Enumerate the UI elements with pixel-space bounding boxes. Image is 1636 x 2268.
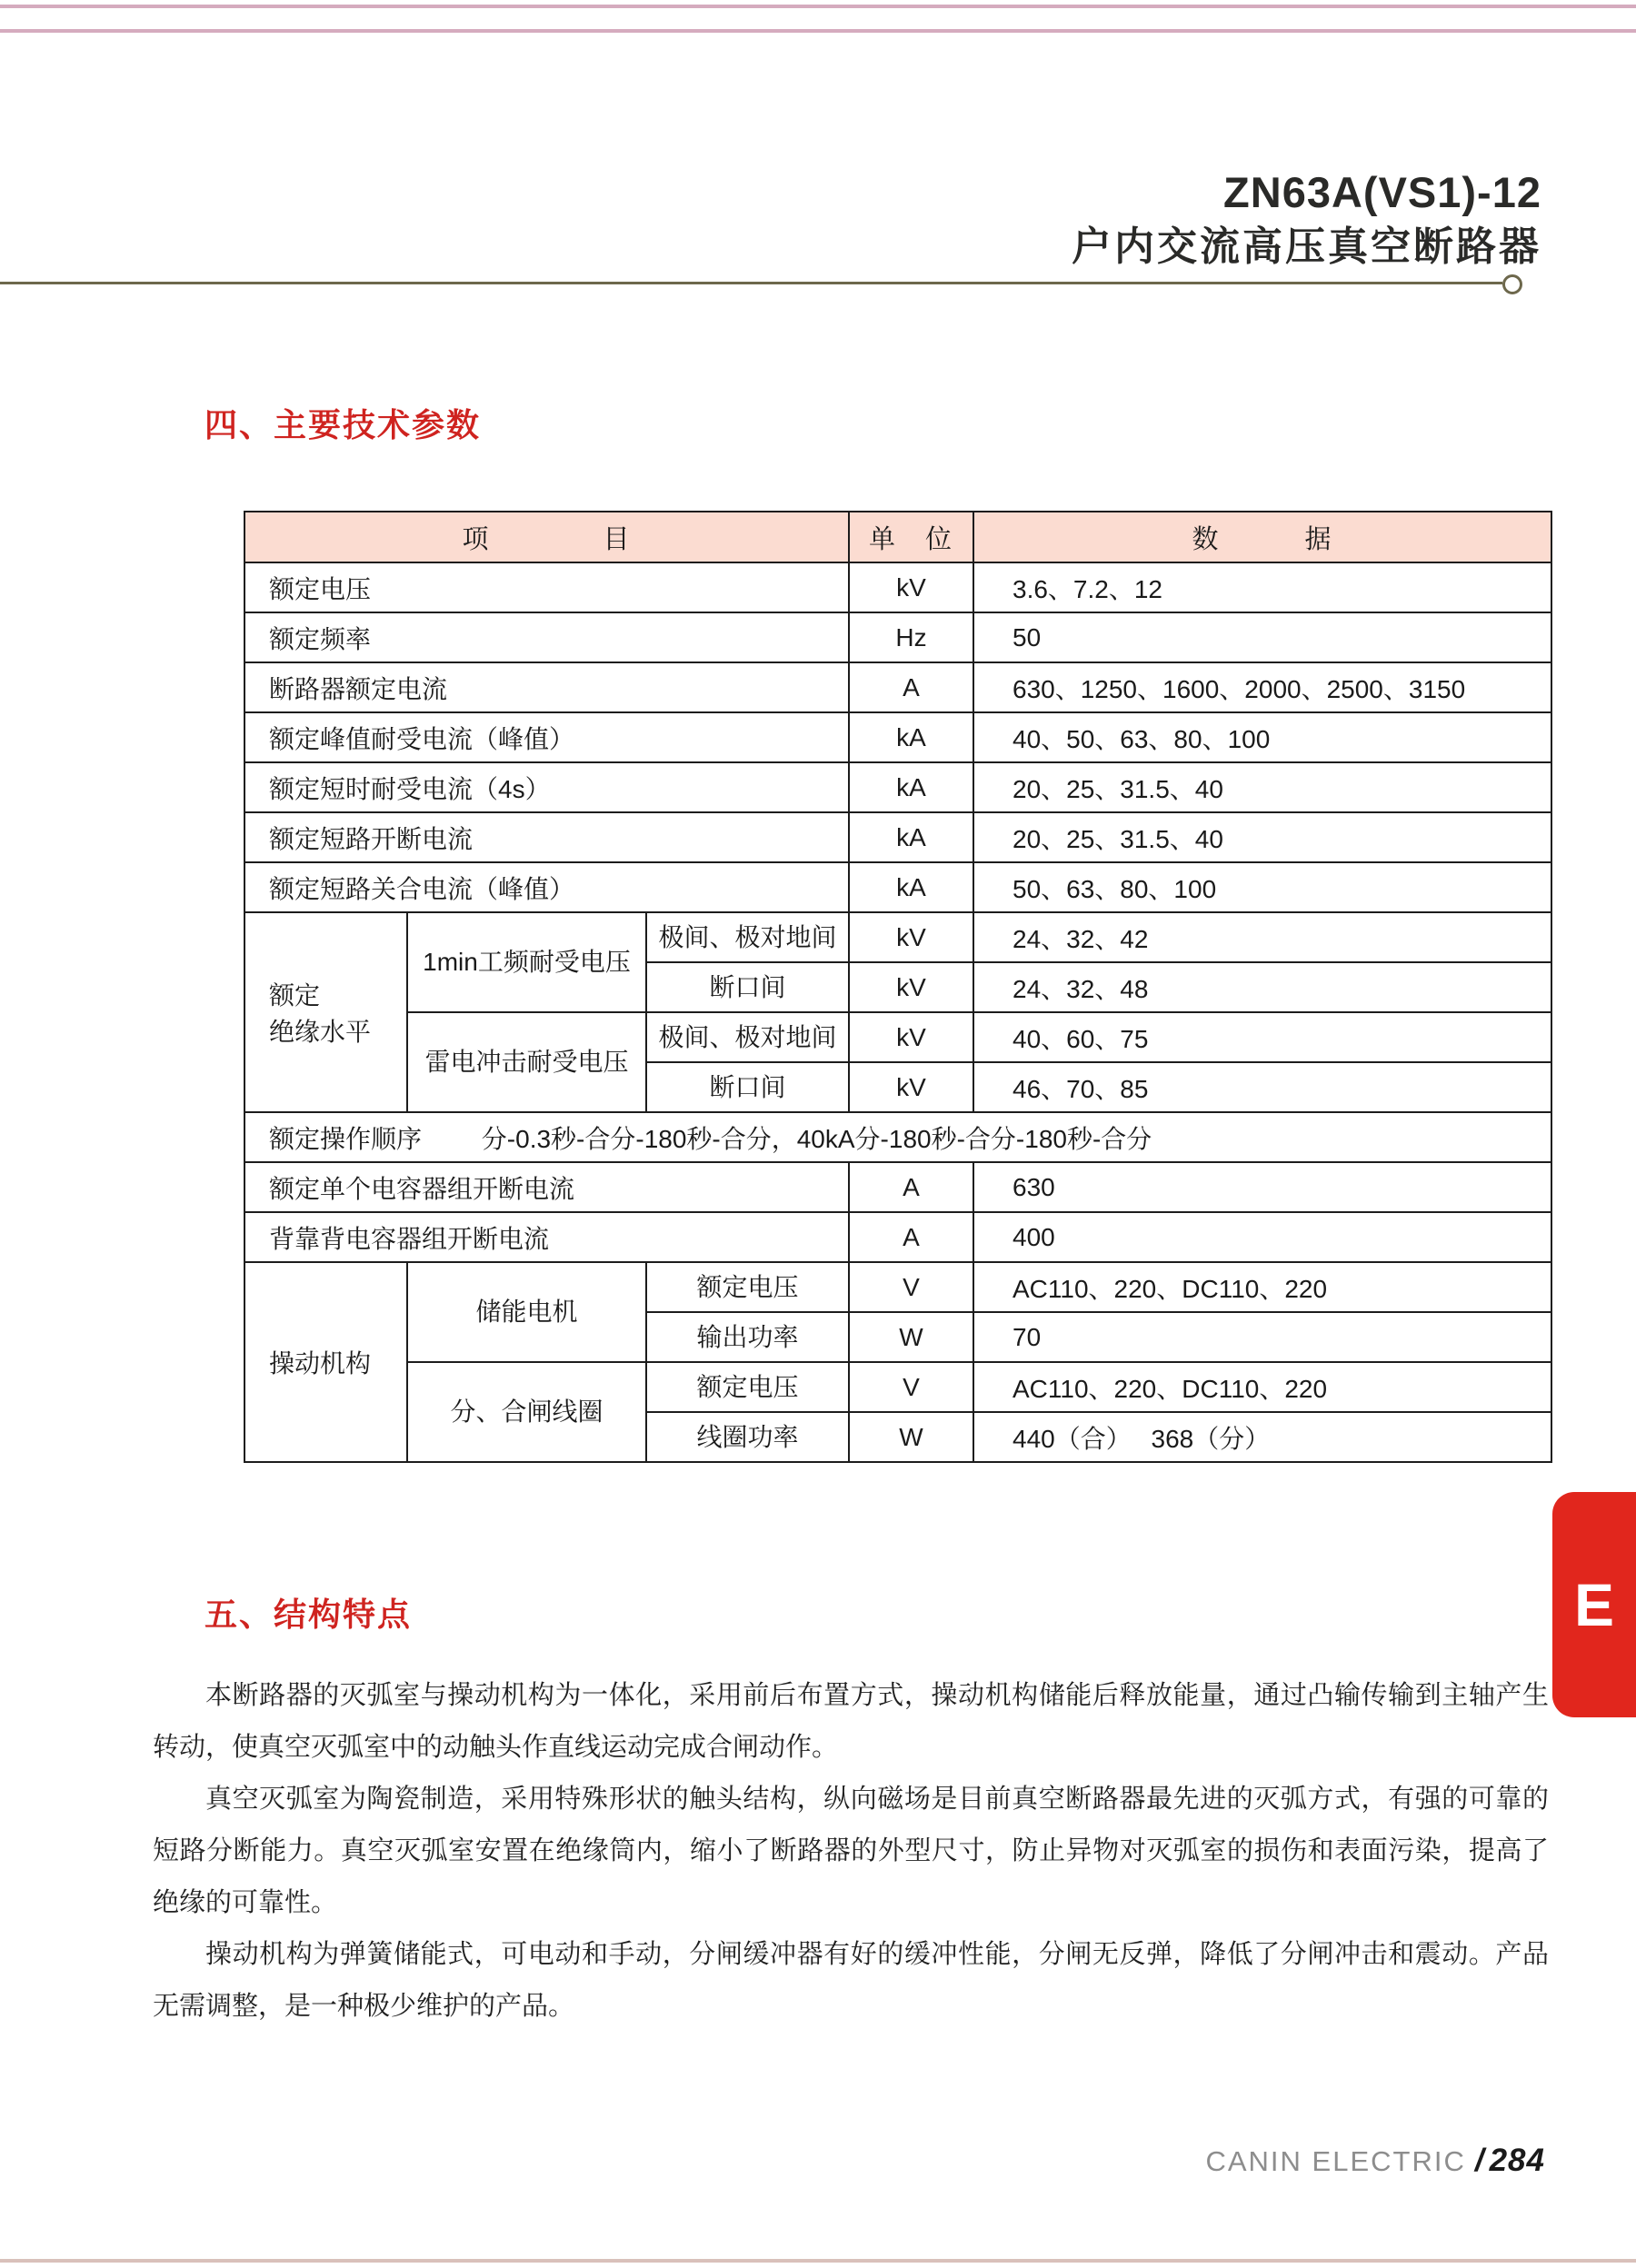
cell-data: 3.6、7.2、12 [973,562,1551,612]
cell-unit: W [849,1312,973,1362]
cell-unit: A [849,1162,973,1212]
cell-item: 额定单个电容器组开断电流 [244,1162,849,1212]
page-number: 284 [1490,2143,1545,2178]
cell-param: 额定电压 [646,1262,849,1312]
cell-item: 额定电压 [244,562,849,612]
col-header-item: 项 目 [244,512,849,562]
cell-data: 20、25、31.5、40 [973,762,1551,812]
cell-unit: kV [849,1012,973,1062]
insulation-group-line2: 绝缘水平 [269,1018,371,1046]
cell-subgroup-trip-close-coil: 分、合闸线圈 [407,1362,646,1462]
cell-unit: kV [849,1062,973,1112]
cell-item: 额定短路开断电流 [244,812,849,862]
cell-unit: kA [849,862,973,912]
cell-item: 背靠背电容器组开断电流 [244,1212,849,1262]
top-rule-1 [0,5,1636,8]
cell-scope: 断口间 [646,962,849,1012]
section-index-tab: E [1552,1492,1636,1717]
cell-item: 额定短路关合电流（峰值） [244,862,849,912]
paragraph-3: 操动机构为弹簧储能式，可电动和手动，分闸缓冲器有好的缓冲性能，分闸无反弹，降低了… [153,1929,1549,2033]
cell-data: 50 [973,612,1551,662]
cell-item: 额定峰值耐受电流（峰值） [244,712,849,762]
technical-parameters-table: 项 目 单 位 数 据 额定电压 kV 3.6、7.2、12 额定频率 Hz 5… [244,511,1552,1463]
cell-unit: kV [849,912,973,962]
table-row: 额定 绝缘水平 1min工频耐受电压 极间、极对地间 kV 24、32、42 [244,912,1551,962]
operating-sequence-label: 额定操作顺序 [269,1125,422,1153]
page-footer: CANIN ELECTRIC/284 [1205,2143,1545,2179]
table-row: 分、合闸线圈 额定电压 V AC110、220、DC110、220 [244,1362,1551,1412]
cell-unit: W [849,1412,973,1462]
section-index-letter: E [1574,1575,1614,1635]
cell-data: AC110、220、DC110、220 [973,1362,1551,1412]
cell-unit: Hz [849,612,973,662]
cell-group-mechanism: 操动机构 [244,1262,407,1462]
col-header-data: 数 据 [973,512,1551,562]
paragraph-2: 真空灭弧室为陶瓷制造，采用特殊形状的触头结构，纵向磁场是目前真空断路器最先进的灭… [153,1774,1549,1929]
table-row: 额定短路关合电流（峰值） kA 50、63、80、100 [244,862,1551,912]
structural-features-text: 本断路器的灭弧室与操动机构为一体化，采用前后布置方式，操动机构储能后释放能量，通… [153,1670,1549,2033]
paragraph-1: 本断路器的灭弧室与操动机构为一体化，采用前后布置方式，操动机构储能后释放能量，通… [153,1670,1549,1774]
table-row: 额定峰值耐受电流（峰值） kA 40、50、63、80、100 [244,712,1551,762]
table-row: 额定频率 Hz 50 [244,612,1551,662]
cell-subgroup-power-frequency: 1min工频耐受电压 [407,912,646,1012]
cell-operating-sequence: 额定操作顺序 分-0.3秒-合分-180秒-合分，40kA分-180秒-合分-1… [244,1112,1551,1162]
cell-scope: 极间、极对地间 [646,912,849,962]
insulation-group-line1: 额定 [269,981,320,1010]
cell-item: 断路器额定电流 [244,662,849,712]
cell-unit: kV [849,562,973,612]
table-row: 额定短时耐受电流（4s） kA 20、25、31.5、40 [244,762,1551,812]
catalog-page: ZN63A(VS1)-12 户内交流高压真空断路器 四、主要技术参数 项 目 单… [0,0,1636,2268]
cell-param: 额定电压 [646,1362,849,1412]
product-model: ZN63A(VS1)-12 [1072,169,1541,216]
top-rule-2 [0,29,1636,33]
operating-sequence-value: 分-0.3秒-合分-180秒-合分，40kA分-180秒-合分-180秒-合分 [482,1125,1152,1153]
cell-scope: 断口间 [646,1062,849,1112]
cell-item: 额定频率 [244,612,849,662]
table-row: 额定电压 kV 3.6、7.2、12 [244,562,1551,612]
cell-unit: kA [849,712,973,762]
cell-data: 400 [973,1212,1551,1262]
table-row: 断路器额定电流 A 630、1250、1600、2000、2500、3150 [244,662,1551,712]
table-row: 额定短路开断电流 kA 20、25、31.5、40 [244,812,1551,862]
table-row: 雷电冲击耐受电压 极间、极对地间 kV 40、60、75 [244,1012,1551,1062]
cell-param: 线圈功率 [646,1412,849,1462]
cell-unit: V [849,1262,973,1312]
header-rule-end-circle [1502,274,1522,294]
table-row: 操动机构 储能电机 额定电压 V AC110、220、DC110、220 [244,1262,1551,1312]
cell-unit: A [849,1212,973,1262]
section-heading-technical-parameters: 四、主要技术参数 [204,400,481,446]
bottom-rule [0,2259,1636,2263]
footer-separator: / [1475,2143,1484,2178]
cell-data: 40、60、75 [973,1012,1551,1062]
cell-data: 440（合） 368（分） [973,1412,1551,1462]
header-rule [0,282,1502,284]
table-header-row: 项 目 单 位 数 据 [244,512,1551,562]
cell-data: 630 [973,1162,1551,1212]
cell-unit: kV [849,962,973,1012]
brand-name: CANIN ELECTRIC [1205,2145,1465,2177]
cell-subgroup-charging-motor: 储能电机 [407,1262,646,1362]
table-row: 额定操作顺序 分-0.3秒-合分-180秒-合分，40kA分-180秒-合分-1… [244,1112,1551,1162]
cell-param: 输出功率 [646,1312,849,1362]
cell-unit: kA [849,812,973,862]
cell-data: AC110、220、DC110、220 [973,1262,1551,1312]
cell-data: 20、25、31.5、40 [973,812,1551,862]
cell-data: 24、32、48 [973,962,1551,1012]
page-header: ZN63A(VS1)-12 户内交流高压真空断路器 [1072,169,1541,271]
cell-data: 70 [973,1312,1551,1362]
cell-unit: A [849,662,973,712]
cell-group-insulation: 额定 绝缘水平 [244,912,407,1112]
cell-subgroup-lightning-impulse: 雷电冲击耐受电压 [407,1012,646,1112]
cell-data: 630、1250、1600、2000、2500、3150 [973,662,1551,712]
cell-unit: kA [849,762,973,812]
col-header-unit: 单 位 [849,512,973,562]
product-name: 户内交流高压真空断路器 [1072,224,1541,271]
cell-data: 24、32、42 [973,912,1551,962]
section-heading-structural-features: 五、结构特点 [204,1589,412,1636]
cell-item: 额定短时耐受电流（4s） [244,762,849,812]
cell-unit: V [849,1362,973,1412]
cell-data: 46、70、85 [973,1062,1551,1112]
table-row: 额定单个电容器组开断电流 A 630 [244,1162,1551,1212]
cell-data: 50、63、80、100 [973,862,1551,912]
cell-scope: 极间、极对地间 [646,1012,849,1062]
table-row: 背靠背电容器组开断电流 A 400 [244,1212,1551,1262]
cell-data: 40、50、63、80、100 [973,712,1551,762]
